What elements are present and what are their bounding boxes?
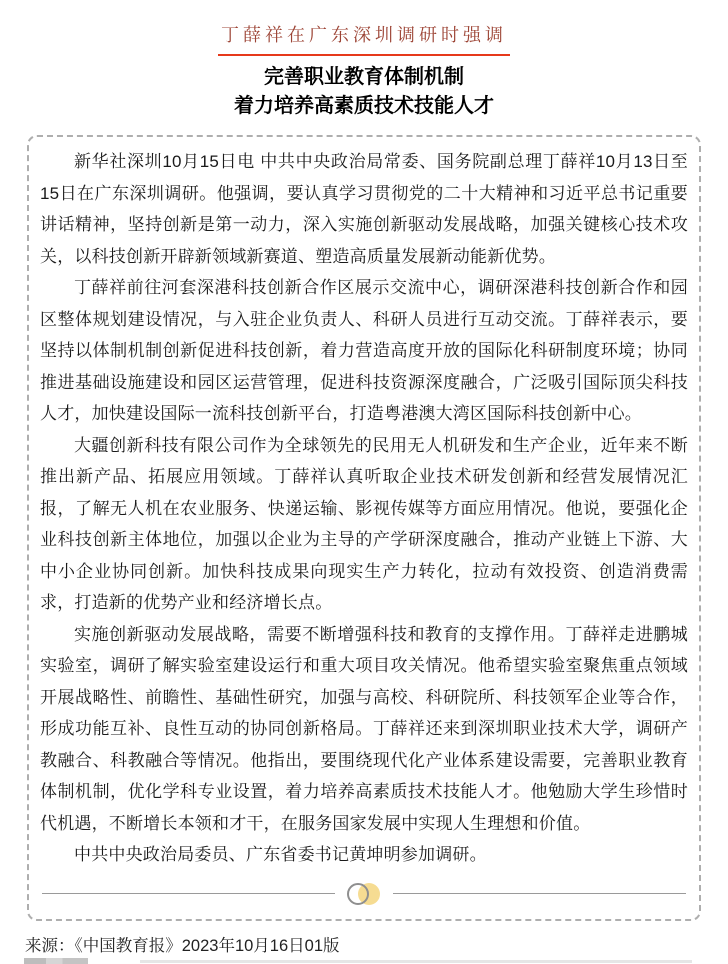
- news-article-page: { "theme": { "kicker_color": "#9c4334", …: [0, 0, 728, 964]
- article-box: 新华社深圳10月15日电 中共中央政治局常委、国务院副总理丁薛祥10月13日至1…: [27, 135, 701, 921]
- article-paragraph: 大疆创新科技有限公司作为全球领先的民用无人机研发和生产企业，近年来不断推出新产品…: [40, 430, 688, 619]
- article-paragraph: 中共中央政治局委员、广东省委书记黄坤明参加调研。: [40, 839, 688, 871]
- headline-line-2: 着力培养高素质技术技能人才: [0, 94, 728, 118]
- cutoff-content-fragment-left: [24, 958, 88, 964]
- article-body: 新华社深圳10月15日电 中共中央政治局常委、国务院副总理丁薛祥10月13日至1…: [40, 146, 688, 871]
- cutoff-content-fragment-right: [140, 960, 692, 963]
- article-paragraph: 丁薛祥前往河套深港科技创新合作区展示交流中心，调研深港科技创新合作和园区整体规划…: [40, 272, 688, 430]
- divider-line-right: [393, 893, 686, 894]
- source-line: 来源：《中国教育报》2023年10月16日01版: [25, 936, 728, 956]
- end-divider: [42, 881, 686, 907]
- divider-ornament: [347, 882, 381, 906]
- kicker-underline: [218, 54, 510, 56]
- divider-line-left: [42, 893, 335, 894]
- headline-line-1: 完善职业教育体制机制: [0, 65, 728, 89]
- divider-ring-circle-icon: [347, 883, 369, 905]
- article-paragraph: 实施创新驱动发展战略，需要不断增强科技和教育的支撑作用。丁薛祥走进鹏城实验室，调…: [40, 619, 688, 840]
- kicker-title: 丁薛祥在广东深圳调研时强调: [0, 24, 728, 46]
- article-paragraph: 新华社深圳10月15日电 中共中央政治局常委、国务院副总理丁薛祥10月13日至1…: [40, 146, 688, 272]
